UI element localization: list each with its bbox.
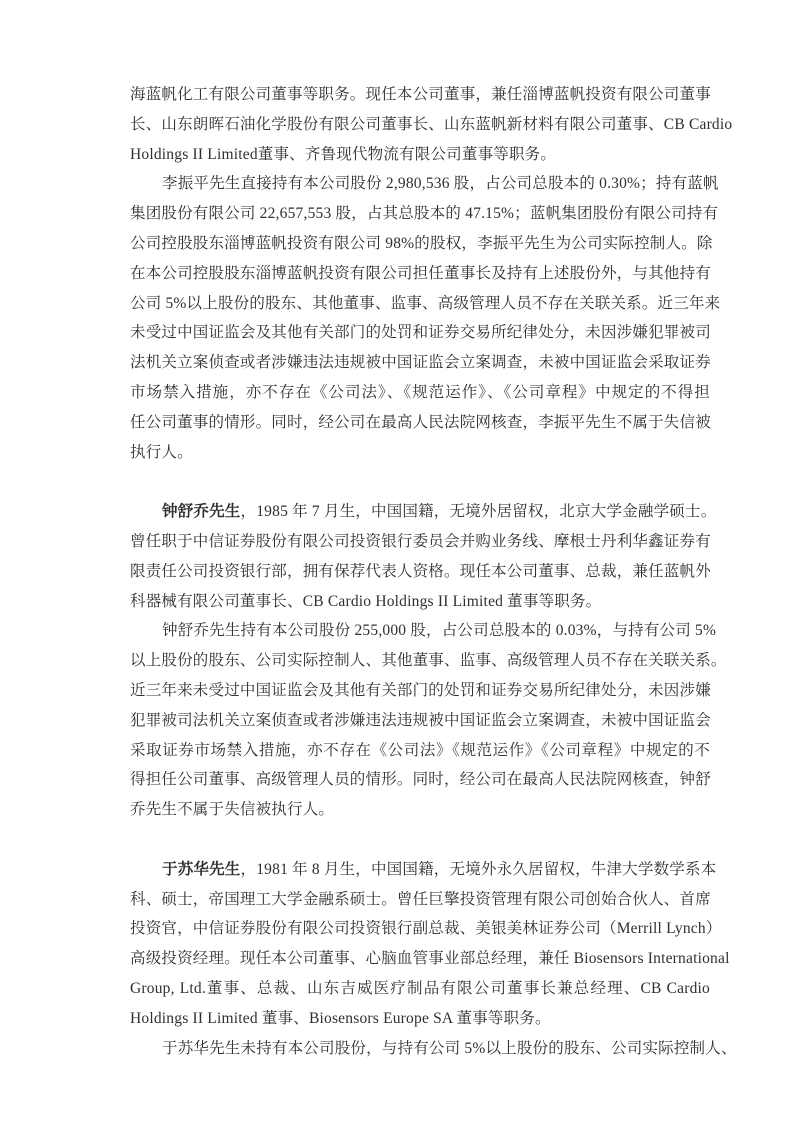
text-line: 执行人。 xyxy=(130,438,710,468)
text-line: Holdings II Limited 董事、Biosensors Europe… xyxy=(130,1004,710,1034)
text-line: 限责任公司投资银行部，拥有保荐代表人资格。现任本公司董事、总裁，兼任蓝帆外 xyxy=(130,557,710,587)
text-segment: ，1985 年 7 月生，中国国籍，无境外居留权，北京大学金融学硕士。 xyxy=(241,503,717,520)
text-line: 钟舒乔先生，1985 年 7 月生，中国国籍，无境外居留权，北京大学金融学硕士。 xyxy=(130,497,710,527)
text-line: 近三年来未受过中国证监会及其他有关部门的处罚和证券交易所纪律处分，未因涉嫌 xyxy=(130,676,710,706)
text-line: 采取证券市场禁入措施，亦不存在《公司法》《规范运作》《公司章程》中规定的不 xyxy=(130,736,710,766)
text-line: 以上股份的股东、公司实际控制人、其他董事、监事、高级管理人员不存在关联关系。 xyxy=(130,646,710,676)
person-name-zhong-shuqiao: 钟舒乔先生 xyxy=(162,503,241,520)
text-line: 任公司董事的情形。同时，经公司在最高人民法院网核查，李振平先生不属于失信被 xyxy=(130,408,710,438)
text-line: 未受过中国证监会及其他有关部门的处罚和证券交易所纪律处分，未因涉嫌犯罪被司 xyxy=(130,318,710,348)
paragraph-zhong-shuqiao-holdings: 钟舒乔先生持有本公司股份 255,000 股，占公司总股本的 0.03%，与持有… xyxy=(130,616,710,825)
text-line: 于苏华先生未持有本公司股份，与持有公司 5%以上股份的股东、公司实际控制人、 xyxy=(130,1034,710,1064)
text-line: 法机关立案侦查或者涉嫌违法违规被中国证监会立案调查，未被中国证监会采取证券 xyxy=(130,348,710,378)
text-line: 科器械有限公司董事长、CB Cardio Holdings II Limited… xyxy=(130,587,710,617)
text-line: Holdings II Limited董事、齐鲁现代物流有限公司董事等职务。 xyxy=(130,140,710,170)
text-line: 市场禁入措施，亦不存在《公司法》、《规范运作》、《公司章程》中规定的不得担 xyxy=(130,378,710,408)
paragraph-li-zhenping-holdings: 李振平先生直接持有本公司股份 2,980,536 股，占公司总股本的 0.30%… xyxy=(130,169,710,467)
text-line: Group, Ltd.董事、总裁、山东吉威医疗制品有限公司董事长兼总经理、CB … xyxy=(130,974,710,1004)
text-line: 李振平先生直接持有本公司股份 2,980,536 股，占公司总股本的 0.30%… xyxy=(130,169,710,199)
text-line: 公司控股股东淄博蓝帆投资有限公司 98%的股权，李振平先生为公司实际控制人。除 xyxy=(130,229,710,259)
paragraph-spacer xyxy=(130,825,710,855)
document-text-block: 海蓝帆化工有限公司董事等职务。现任本公司董事，兼任淄博蓝帆投资有限公司董事 长、… xyxy=(130,80,710,1063)
document-page: 海蓝帆化工有限公司董事等职务。现任本公司董事，兼任淄博蓝帆投资有限公司董事 长、… xyxy=(0,0,793,1122)
text-segment: ，1981 年 8 月生，中国国籍，无境外永久居留权，牛津大学数学系本 xyxy=(241,861,717,878)
person-name-yu-suhua: 于苏华先生 xyxy=(162,861,241,878)
text-line: 公司 5%以上股份的股东、其他董事、监事、高级管理人员不存在关联关系。近三年来 xyxy=(130,289,710,319)
text-line: 在本公司控股股东淄博蓝帆投资有限公司担任董事长及持有上述股份外，与其他持有 xyxy=(130,259,710,289)
text-line: 海蓝帆化工有限公司董事等职务。现任本公司董事，兼任淄博蓝帆投资有限公司董事 xyxy=(130,80,710,110)
text-line: 集团股份有限公司 22,657,553 股，占其总股本的 47.15%；蓝帆集团… xyxy=(130,199,710,229)
text-line: 得担任公司董事、高级管理人员的情形。同时，经公司在最高人民法院网核查，钟舒 xyxy=(130,765,710,795)
paragraph-li-zhenping-roles-continuation: 海蓝帆化工有限公司董事等职务。现任本公司董事，兼任淄博蓝帆投资有限公司董事 长、… xyxy=(130,80,710,169)
paragraph-spacer xyxy=(130,467,710,497)
text-line: 高级投资经理。现任本公司董事、心脑血管事业部总经理，兼任 Biosensors … xyxy=(130,944,710,974)
paragraph-zhong-shuqiao-bio: 钟舒乔先生，1985 年 7 月生，中国国籍，无境外居留权，北京大学金融学硕士。… xyxy=(130,497,710,616)
text-line: 科、硕士，帝国理工大学金融系硕士。曾任巨擎投资管理有限公司创始合伙人、首席 xyxy=(130,885,710,915)
text-line: 投资官，中信证券股份有限公司投资银行副总裁、美银美林证券公司（Merrill L… xyxy=(130,914,710,944)
paragraph-yu-suhua-bio: 于苏华先生，1981 年 8 月生，中国国籍，无境外永久居留权，牛津大学数学系本… xyxy=(130,855,710,1034)
paragraph-yu-suhua-holdings: 于苏华先生未持有本公司股份，与持有公司 5%以上股份的股东、公司实际控制人、 xyxy=(130,1034,710,1064)
text-line: 曾任职于中信证券股份有限公司投资银行委员会并购业务线、摩根士丹利华鑫证券有 xyxy=(130,527,710,557)
text-line: 长、山东朗晖石油化学股份有限公司董事长、山东蓝帆新材料有限公司董事、CB Car… xyxy=(130,110,710,140)
text-line: 乔先生不属于失信被执行人。 xyxy=(130,795,710,825)
text-line: 犯罪被司法机关立案侦查或者涉嫌违法违规被中国证监会立案调查，未被中国证监会 xyxy=(130,706,710,736)
text-line: 于苏华先生，1981 年 8 月生，中国国籍，无境外永久居留权，牛津大学数学系本 xyxy=(130,855,710,885)
text-line: 钟舒乔先生持有本公司股份 255,000 股，占公司总股本的 0.03%，与持有… xyxy=(130,616,710,646)
